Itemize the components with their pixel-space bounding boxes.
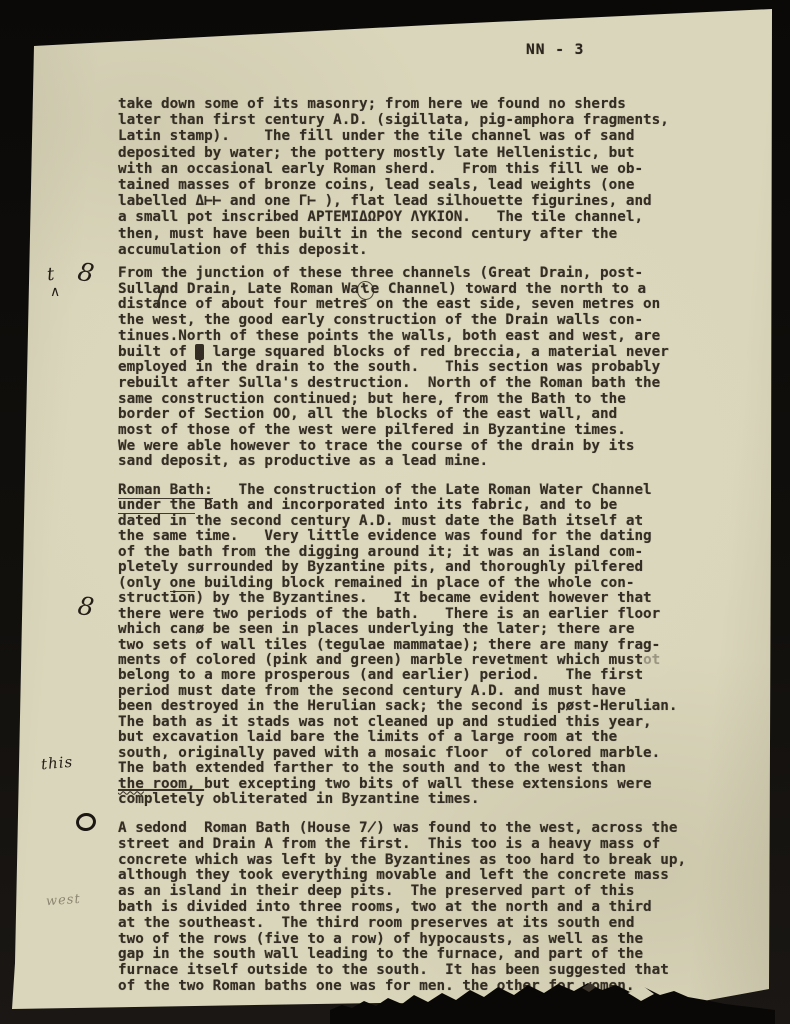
text-run: The construction of the Late Roman Water… xyxy=(213,482,652,498)
paragraph-3: Roman Bath: The construction of the Late… xyxy=(118,483,724,808)
margin-delete-mark-2: 8 xyxy=(76,591,96,622)
ink-smudge-marks xyxy=(14,24,86,50)
text-run: the xyxy=(118,776,144,792)
text-run: under the xyxy=(118,497,195,514)
margin-note-this: this xyxy=(40,753,74,774)
text-run: large squared blocks of red breccia, a m… xyxy=(118,344,669,470)
margin-note-west: west xyxy=(46,892,82,909)
margin-circle-mark xyxy=(75,811,98,832)
text-run: belong to a more prosperous (and earlier… xyxy=(118,667,677,776)
margin-caret-mark: ∧ xyxy=(50,284,60,300)
text-run: x xyxy=(195,344,204,360)
text-run: room, but excepting two bits of wall the… xyxy=(144,776,652,792)
paragraph-1: take down some of its masonry; from here… xyxy=(118,96,724,258)
text-run: ot xyxy=(643,652,660,668)
paragraph-4: A sedond Roman Bath (House 7̸) was found… xyxy=(118,821,724,995)
text-run: take down some of its masonry; from here… xyxy=(118,96,669,258)
text-run: obliterated in Byzantine times. xyxy=(204,791,479,807)
page-number-label: NN - 3 xyxy=(526,42,584,58)
torn-edge xyxy=(330,974,775,1024)
document-page: NN - 3 take down some of its masonry; fr… xyxy=(0,0,790,1024)
text-run: completely xyxy=(118,791,204,807)
text-run: building block remained in place of the … xyxy=(118,575,660,668)
paragraph-2: From the junction of these three channel… xyxy=(118,266,724,470)
margin-delete-mark-1: 8 xyxy=(76,257,97,288)
text-run: A sedond Roman Bath (House 7̸) was found… xyxy=(118,820,686,994)
scan-background: NN - 3 take down some of its masonry; fr… xyxy=(0,0,790,1024)
margin-insert-letter: t xyxy=(46,264,55,286)
